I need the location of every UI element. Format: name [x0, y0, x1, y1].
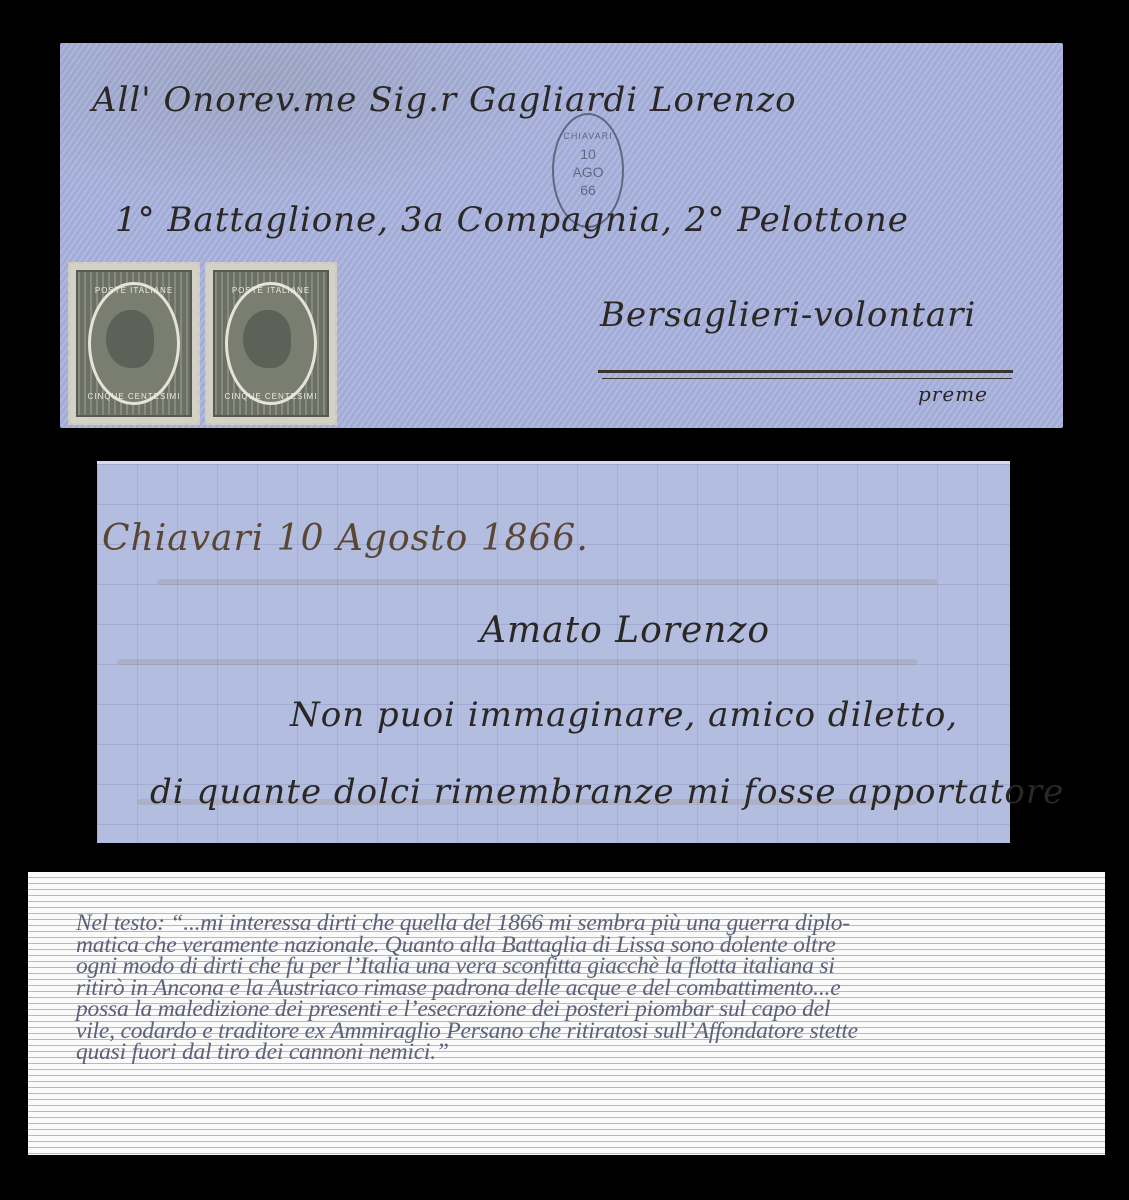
ink-bleed [157, 579, 937, 585]
underline-rule [598, 370, 1013, 373]
caption-line: quasi fuori dal tiro dei cannoni nemici.… [76, 1042, 1096, 1064]
letter-greeting: Amato Lorenzo [480, 610, 770, 651]
postmark-town: CHIAVARI [554, 127, 622, 145]
postage-stamp: POSTE ITALIANE CINQUE CENTESIMI [68, 262, 200, 425]
postmark-year: 66 [554, 181, 622, 199]
king-portrait-icon [106, 310, 154, 368]
stamp-top-text: POSTE ITALIANE [78, 286, 190, 295]
address-line-recipient: All' Onorev.me Sig.r Gagliardi Lorenzo [92, 80, 797, 120]
letter-date: Chiavari 10 Agosto 1866. [102, 518, 589, 559]
caption-text: Nel testo: “...mi interessa dirti che qu… [76, 913, 1096, 1064]
stamp-bottom-text: CINQUE CENTESIMI [78, 392, 190, 401]
king-portrait-icon [243, 310, 291, 368]
address-line-unit: 1° Battaglione, 3a Compagnia, 2° Pelotto… [115, 200, 909, 240]
postage-stamp: POSTE ITALIANE CINQUE CENTESIMI [205, 262, 337, 425]
stamp-frame: POSTE ITALIANE CINQUE CENTESIMI [76, 270, 192, 417]
postmark-month: AGO [554, 163, 622, 181]
stamp-bottom-text: CINQUE CENTESIMI [215, 392, 327, 401]
urgent-note: preme [918, 382, 988, 406]
postmark-day: 10 [554, 145, 622, 163]
stamp-top-text: POSTE ITALIANE [215, 286, 327, 295]
letter-line: di quante dolci rimembranze mi fosse app… [150, 772, 1064, 812]
letter-line: Non puoi immaginare, amico diletto, [290, 695, 958, 735]
underline-rule-thin [602, 378, 1012, 379]
ink-bleed [117, 659, 917, 665]
stamp-frame: POSTE ITALIANE CINQUE CENTESIMI [213, 270, 329, 417]
address-line-corps: Bersaglieri-volontari [600, 295, 976, 335]
